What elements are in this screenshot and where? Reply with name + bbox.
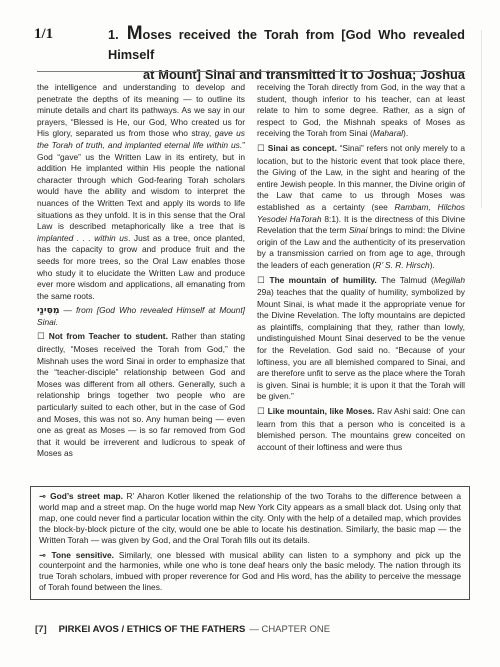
- mishnah-line1-text: oses received the Torah from [God Who re…: [108, 27, 465, 62]
- mishnah-line-1: 1.Moses received the Torah from [God Who…: [108, 24, 465, 65]
- insights-box: ⊸ God’s street map. R’ Aharon Kotler lik…: [30, 486, 470, 600]
- insight-gods-street-map: ⊸ God’s street map. R’ Aharon Kotler lik…: [39, 491, 461, 546]
- insight-tone-sensitive: ⊸ Tone sensitive. Similarly, one blessed…: [39, 550, 461, 594]
- paragraph-sinai-as-concept: ☐ Sinai as concept. “Sinai” refers not o…: [257, 143, 465, 272]
- commentary-columns: the intelligence and understanding to de…: [37, 82, 465, 484]
- chapter-verse-marker: 1/1: [34, 26, 53, 43]
- paragraph-mountain-of-humility: ☐ The mountain of humility. The Talmud (…: [257, 275, 465, 404]
- paragraph-receiving-torah: receiving the Torah directly from God, i…: [257, 82, 465, 140]
- text-column-left: the intelligence and understanding to de…: [37, 82, 245, 484]
- text-column-right: receiving the Torah directly from God, i…: [257, 82, 465, 484]
- page-footer: [7]PIRKEI AVOS / ETHICS OF THE FATHERS— …: [35, 624, 330, 635]
- mishnah-number: 1.: [108, 27, 119, 42]
- paragraph-oral-law: the intelligence and understanding to de…: [37, 82, 245, 302]
- paragraph-like-mountain-like-moses: ☐ Like mountain, like Moses. Rav Ashi sa…: [257, 406, 465, 453]
- paragraph-hebrew-term: מִסִּינַי — from [God Who revealed Himse…: [37, 305, 245, 328]
- book-page: 1/1 1.Moses received the Torah from [God…: [0, 0, 500, 667]
- page-number: [7]: [35, 624, 47, 635]
- chapter-label: — CHAPTER ONE: [249, 624, 330, 635]
- book-title: PIRKEI AVOS / ETHICS OF THE FATHERS: [59, 624, 246, 635]
- mishnah-text: 1.Moses received the Torah from [God Who…: [108, 24, 465, 85]
- scan-artifact-line: [481, 30, 482, 208]
- drop-cap-initial: M: [127, 23, 143, 44]
- paragraph-not-from-teacher: ☐ Not from Teacher to student. Rather th…: [37, 331, 245, 460]
- header-divider-rule: [37, 71, 465, 72]
